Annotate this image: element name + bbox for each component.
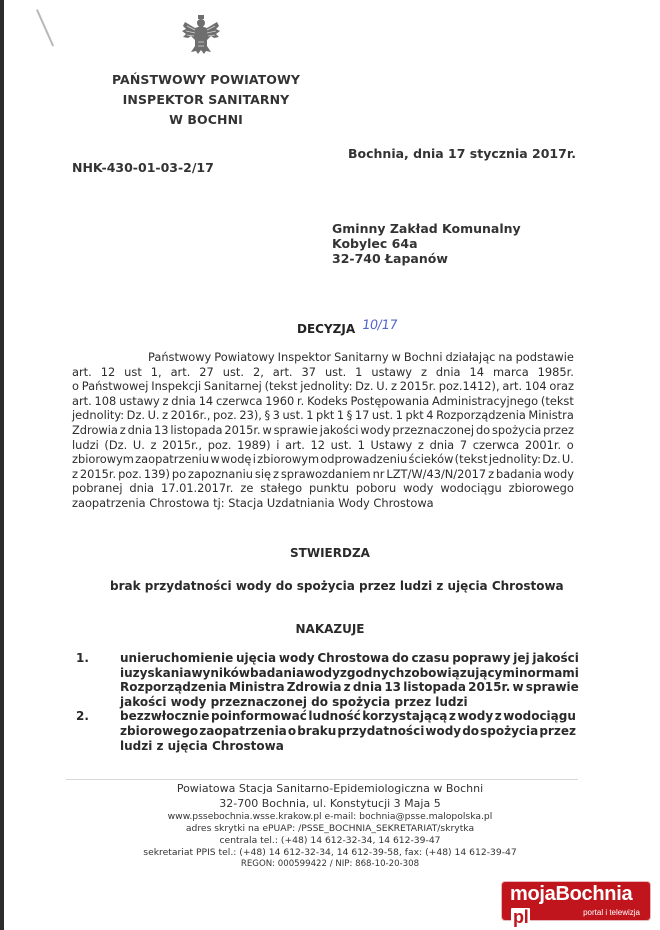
footer-org-name: Powiatowa Stacja Sanitarno-Epidemiologic… bbox=[0, 782, 660, 795]
body-line: PaństwowyPowiatowyInspektorSanitarnywBoc… bbox=[72, 350, 574, 365]
footer-regon-nip: REGON: 000599422 / NIP: 868-10-20-308 bbox=[0, 859, 660, 869]
footer-central-phone: centrala tel.: (+48) 14 612-32-34, 14 61… bbox=[0, 835, 660, 846]
mojabochnia-watermark-logo: mojaBochniapl portal i telewizja bbox=[502, 882, 650, 920]
body-line: jednolity:Dz.U.z2016r.,poz.23),§3ust.1pk… bbox=[72, 408, 574, 423]
institution-line-1: PAŃSTWOWY POWIATOWY bbox=[88, 72, 324, 87]
body-line: zbiorowymzaopatrzeniuwwodęizbiorowymodpr… bbox=[72, 452, 574, 467]
logo-brand: mojaBochniapl bbox=[510, 883, 650, 929]
place-date: Bochnia, dnia 17 stycznia 2017r. bbox=[348, 146, 576, 161]
logo-tld: pl bbox=[511, 908, 530, 926]
orders-list: 1.unieruchomienieujęciawodyChrostowadocz… bbox=[76, 651, 576, 753]
body-line: art.12ust1,art.27ust.2,art.37ust.1ustawy… bbox=[72, 365, 574, 380]
body-line: pobranejdnia17.01.2017r.zestałegopunktup… bbox=[72, 481, 574, 496]
recipient-name: Gminny Zakład Komunalny bbox=[332, 221, 521, 236]
body-line: ludzi(Dz.U.z2015r.,poz.1989)iart.12ust.1… bbox=[72, 438, 574, 453]
finding-heading: STWIERDZA bbox=[0, 546, 660, 560]
body-line: oPaństwowejInspekcjiSanitarnej(tekstjedn… bbox=[72, 379, 574, 394]
institution-line-2: INSPEKTOR SANITARNY bbox=[88, 92, 324, 107]
body-line: art.108ustawyzdnia14czerwca1960r.KodeksP… bbox=[72, 394, 574, 409]
order-heading: NAKAZUJE bbox=[0, 622, 660, 636]
decision-body: PaństwowyPowiatowyInspektorSanitarnywBoc… bbox=[72, 350, 574, 511]
reference-number: NHK-430-01-03-2/17 bbox=[72, 160, 214, 175]
body-line: z2015r.poz.139)pozapoznaniusięzsprawozda… bbox=[72, 467, 574, 482]
order-number: 1. bbox=[76, 651, 120, 709]
footer-web-email: www.pssebochnia.wsse.krakow.pl e-mail: b… bbox=[0, 811, 660, 822]
footer-secretariat: sekretariat PPIS tel.: (+48) 14 612-32-3… bbox=[0, 847, 660, 858]
polish-eagle-emblem-icon bbox=[181, 14, 221, 56]
footer-divider bbox=[66, 779, 578, 780]
footer-address: 32-700 Bochnia, ul. Konstytucji 3 Maja 5 bbox=[0, 797, 660, 810]
finding-text: brak przydatności wody do spożycia przez… bbox=[110, 579, 564, 593]
order-number: 2. bbox=[76, 709, 120, 753]
recipient-city: 32-740 Łapanów bbox=[332, 251, 448, 266]
order-text: bezzwłoczniepoinformowaćludnośćkorzystaj… bbox=[120, 709, 576, 753]
scan-mark bbox=[36, 9, 54, 46]
body-line: zaopatrzenia Chrostowa tj: Stacja Uzdatn… bbox=[72, 496, 574, 511]
handwritten-decision-number: 10/17 bbox=[361, 318, 398, 333]
footer-epuap: adres skrytki na ePUAP: /PSSE_BOCHNIA_SE… bbox=[0, 823, 660, 834]
logo-tagline: portal i telewizja bbox=[583, 908, 640, 917]
body-line: Zdrowiazdnia13listopada2015r.wsprawiejak… bbox=[72, 423, 574, 438]
institution-line-3: W BOCHNI bbox=[88, 112, 324, 127]
order-text: unieruchomienieujęciawodyChrostowadoczas… bbox=[120, 651, 579, 709]
decision-title: DECYZJA bbox=[297, 322, 355, 336]
order-item: 2.bezzwłoczniepoinformowaćludnośćkorzyst… bbox=[76, 709, 576, 753]
recipient-street: Kobylec 64a bbox=[332, 236, 418, 251]
order-item: 1.unieruchomienieujęciawodyChrostowadocz… bbox=[76, 651, 576, 709]
